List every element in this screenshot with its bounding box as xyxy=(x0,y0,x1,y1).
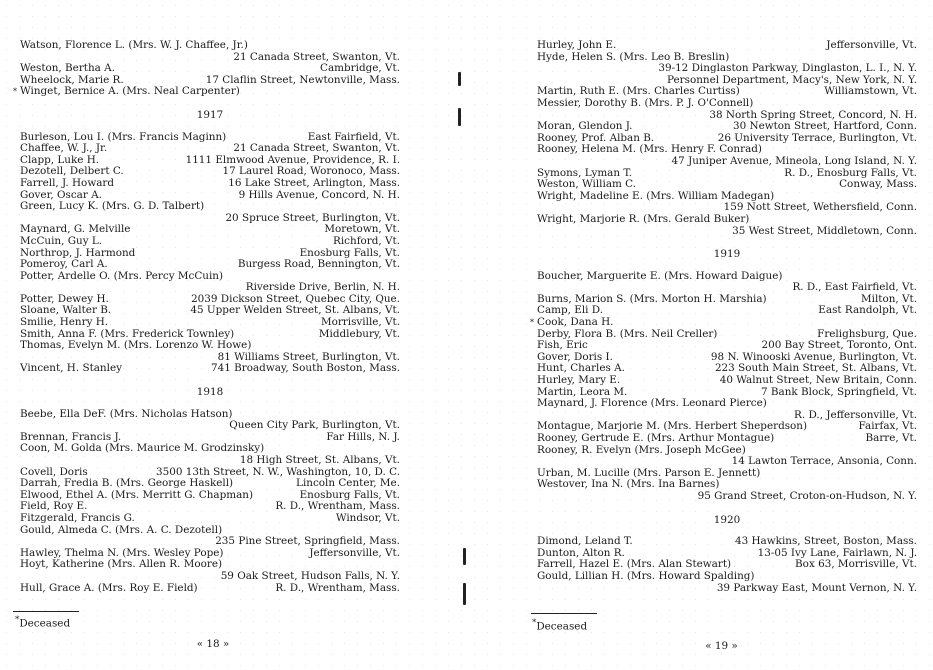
entry-name: Hoyt, Katherine (Mrs. Allen R. Moore) xyxy=(20,559,222,571)
entry-name-text: Rooney, Gertrude E. (Mrs. Arthur Montagu… xyxy=(537,432,774,444)
footnote: *Deceased xyxy=(15,615,70,629)
entry-name-text: Dimond, Leland T. xyxy=(537,535,633,547)
entry-name: Beebe, Ella DeF. (Mrs. Nicholas Hatson) xyxy=(20,409,232,421)
class-year-heading: 1920 xyxy=(537,515,917,527)
entry-name-text: Brennan, Francis J. xyxy=(20,431,121,443)
entry-name-text: Green, Lucy K. (Mrs. G. D. Talbert) xyxy=(20,200,204,212)
entry-name-text: Darrah, Fredia B. (Mrs. George Haskell) xyxy=(20,477,233,489)
entry-address: Richford, Vt. xyxy=(333,236,400,248)
entry-name: Rooney, R. Evelyn (Mrs. Joseph McGee) xyxy=(537,445,746,457)
entry-address: 18 High Street, St. Albans, Vt. xyxy=(240,455,400,467)
directory-entry: Gould, Lillian H. (Mrs. Howard Spalding) xyxy=(537,571,917,583)
entry-address: 59 Oak Street, Hudson Falls, N. Y. xyxy=(221,571,400,583)
entry-name-text: Cook, Dana H. xyxy=(537,316,613,328)
left-page-directory: Watson, Florence L. (Mrs. W. J. Chaffee,… xyxy=(20,40,400,594)
entry-name-text: Dezotell, Delbert C. xyxy=(20,165,124,177)
entry-name: *Winget, Bernice A. (Mrs. Neal Carpenter… xyxy=(20,86,240,98)
entry-name-text: Gould, Lillian H. (Mrs. Howard Spalding) xyxy=(537,570,754,582)
entry-address: 39 Parkway East, Mount Vernon, N. Y. xyxy=(717,583,917,595)
entry-name-text: Hull, Grace A. (Mrs. Roy E. Field) xyxy=(20,582,198,594)
entry-name-text: Thomas, Evelyn M. (Mrs. Lorenzo W. Howe) xyxy=(20,339,251,351)
entry-name: Green, Lucy K. (Mrs. G. D. Talbert) xyxy=(20,201,204,213)
entry-name-text: Watson, Florence L. (Mrs. W. J. Chaffee,… xyxy=(20,39,248,51)
directory-entry: Green, Lucy K. (Mrs. G. D. Talbert) xyxy=(20,201,400,213)
entry-name-text: Clapp, Luke H. xyxy=(20,154,99,166)
entry-name-text: Smilie, Henry H. xyxy=(20,316,108,328)
entry-name-text: Weston, William C. xyxy=(537,178,636,190)
entry-name: Potter, Ardelle O. (Mrs. Percy McCuin) xyxy=(20,271,223,283)
entry-name: Gould, Lillian H. (Mrs. Howard Spalding) xyxy=(537,571,754,583)
directory-entry-address-line: 35 West Street, Middletown, Conn. xyxy=(537,226,917,238)
entry-name-text: Weston, Bertha A. xyxy=(20,62,115,74)
entry-name-text: Camp, Eli D. xyxy=(537,304,603,316)
entry-name-text: Wright, Marjorie R. (Mrs. Gerald Buker) xyxy=(537,213,749,225)
entry-name-text: Hyde, Helen S. (Mrs. Leo B. Breslin) xyxy=(537,51,729,63)
entry-name-text: Martin, Leora M. xyxy=(537,386,627,398)
entry-address: 16 Lake Street, Arlington, Mass. xyxy=(228,178,400,190)
page-number: « 19 » xyxy=(515,640,928,652)
directory-entry-address-line: 39 Parkway East, Mount Vernon, N. Y. xyxy=(537,583,917,595)
entry-name: Coon, M. Golda (Mrs. Maurice M. Grodzins… xyxy=(20,443,264,455)
entry-name: Messier, Dorothy B. (Mrs. P. J. O'Connel… xyxy=(537,98,753,110)
entry-address: R. D., Wrentham, Mass. xyxy=(275,583,400,595)
entry-name-text: Northrop, J. Harmond xyxy=(20,247,135,259)
entry-name-text: McCuin, Guy L. xyxy=(20,235,102,247)
entry-name-text: Fitzgerald, Francis G. xyxy=(20,512,135,524)
entry-name-text: Field, Roy E. xyxy=(20,500,87,512)
entry-name-text: Sloane, Walter B. xyxy=(20,304,111,316)
entry-name-text: Rooney, Helena M. (Mrs. Henry F. Conrad) xyxy=(537,143,762,155)
entry-name-text: Urban, M. Lucille (Mrs. Parson E. Jennet… xyxy=(537,467,760,479)
entry-name: Maynard, J. Florence (Mrs. Leonard Pierc… xyxy=(537,398,767,410)
entry-name-text: Elwood, Ethel A. (Mrs. Merritt G. Chapma… xyxy=(20,489,253,501)
entry-address: 95 Grand Street, Croton-on-Hudson, N. Y. xyxy=(698,491,917,503)
entry-name-text: Symons, Lyman T. xyxy=(537,167,632,179)
entry-name-text: Gould, Almeda C. (Mrs. A. C. Dezotell) xyxy=(20,524,222,536)
right-page-directory: Hurley, John E.Jeffersonville, Vt.Hyde, … xyxy=(537,40,917,594)
directory-entry: Watson, Florence L. (Mrs. W. J. Chaffee,… xyxy=(20,40,400,52)
entry-address: 159 Nott Street, Wethersfield, Conn. xyxy=(724,202,917,214)
class-year-heading: 1919 xyxy=(537,249,917,261)
entry-name-text: Rooney, R. Evelyn (Mrs. Joseph McGee) xyxy=(537,444,746,456)
entry-name-text: Moran, Glendon J. xyxy=(537,120,632,132)
entry-name: Wright, Marjorie R. (Mrs. Gerald Buker) xyxy=(537,214,749,226)
binding-mark xyxy=(463,548,466,565)
footnote-text: Deceased xyxy=(536,620,587,632)
entry-address: Jeffersonville, Vt. xyxy=(309,548,400,560)
entry-name-text: Fish, Eric xyxy=(537,339,588,351)
entry-name: Westover, Ina N. (Mrs. Ina Barnes) xyxy=(537,479,719,491)
entry-name: Vincent, H. Stanley xyxy=(20,363,122,375)
entry-address: 9 Hills Avenue, Concord, N. H. xyxy=(239,190,400,202)
right-page: Hurley, John E.Jeffersonville, Vt.Hyde, … xyxy=(520,0,933,670)
entry-address: 35 West Street, Middletown, Conn. xyxy=(732,226,917,238)
entry-name-text: Maynard, G. Melville xyxy=(20,223,130,235)
entry-name-text: Wright, Madeline E. (Mrs. William Madega… xyxy=(537,190,774,202)
entry-name: Watson, Florence L. (Mrs. W. J. Chaffee,… xyxy=(20,40,248,52)
entry-address: 21 Canada Street, Swanton, Vt. xyxy=(233,143,400,155)
binding-mark xyxy=(458,108,461,126)
directory-entry: Messier, Dorothy B. (Mrs. P. J. O'Connel… xyxy=(537,98,917,110)
entry-address: Middlebury, Vt. xyxy=(319,329,400,341)
entry-name-text: Potter, Dewey H. xyxy=(20,293,109,305)
entry-name: Gould, Almeda C. (Mrs. A. C. Dezotell) xyxy=(20,525,222,537)
entry-name: Thomas, Evelyn M. (Mrs. Lorenzo W. Howe) xyxy=(20,340,251,352)
directory-entry: *Winget, Bernice A. (Mrs. Neal Carpenter… xyxy=(20,86,400,98)
entry-address: 7 Bank Block, Springfield, Vt. xyxy=(761,387,917,399)
entry-name-text: Hurley, Mary E. xyxy=(537,374,620,386)
entry-name-text: Winget, Bernice A. (Mrs. Neal Carpenter) xyxy=(20,85,240,97)
entry-name-text: Hawley, Thelma N. (Mrs. Wesley Pope) xyxy=(20,547,223,559)
entry-name-text: Smith, Anna F. (Mrs. Frederick Townley) xyxy=(20,328,234,340)
entry-name-text: Vincent, H. Stanley xyxy=(20,362,122,374)
entry-address: Jeffersonville, Vt. xyxy=(826,40,917,52)
entry-name-text: Rooney, Prof. Alban B. xyxy=(537,132,654,144)
entry-name-text: Farrell, J. Howard xyxy=(20,177,114,189)
entry-name-text: Boucher, Marguerite E. (Mrs. Howard Daig… xyxy=(537,270,782,282)
entry-address: 43 Hawkins, Street, Boston, Mass. xyxy=(735,536,917,548)
entry-name-text: Burns, Marion S. (Mrs. Morton H. Marshia… xyxy=(537,293,767,305)
footnote-rule xyxy=(13,611,79,612)
entry-name-text: Dunton, Alton R. xyxy=(537,547,625,559)
entry-name-text: Montague, Marjorie M. (Mrs. Herbert Shep… xyxy=(537,420,807,432)
entry-address: 30 Newton Street, Hartford, Conn. xyxy=(733,121,917,133)
directory-entry: Hull, Grace A. (Mrs. Roy E. Field)R. D.,… xyxy=(20,583,400,595)
class-year-heading: 1918 xyxy=(20,387,400,399)
entry-address: Burgess Road, Bennington, Vt. xyxy=(238,259,400,271)
entry-name-text: Westover, Ina N. (Mrs. Ina Barnes) xyxy=(537,478,719,490)
entry-name-text: Coon, M. Golda (Mrs. Maurice M. Grodzins… xyxy=(20,442,264,454)
entry-address: Windsor, Vt. xyxy=(336,513,400,525)
entry-name-text: Farrell, Hazel E. (Mrs. Alan Stewart) xyxy=(537,558,731,570)
entry-name-text: Hoyt, Katherine (Mrs. Allen R. Moore) xyxy=(20,558,222,570)
left-page: Watson, Florence L. (Mrs. W. J. Chaffee,… xyxy=(0,0,466,670)
entry-address: 47 Juniper Avenue, Mineola, Long Island,… xyxy=(672,156,917,168)
entry-name-text: Maynard, J. Florence (Mrs. Leonard Pierc… xyxy=(537,397,767,409)
entry-address: 235 Pine Street, Springfield, Mass. xyxy=(215,536,400,548)
entry-name-text: Beebe, Ella DeF. (Mrs. Nicholas Hatson) xyxy=(20,408,232,420)
entry-name-text: Gover, Oscar A. xyxy=(20,189,102,201)
class-year-heading: 1917 xyxy=(20,110,400,122)
entry-address: Far Hills, N. J. xyxy=(326,432,400,444)
footnote: *Deceased xyxy=(532,618,587,632)
entry-address: Box 63, Morrisville, Vt. xyxy=(795,559,917,571)
entry-name-text: Messier, Dorothy B. (Mrs. P. J. O'Connel… xyxy=(537,97,753,109)
entry-address: Williamstown, Vt. xyxy=(824,86,917,98)
entry-address: Morrisville, Vt. xyxy=(321,317,400,329)
deceased-marker: * xyxy=(13,86,17,98)
entry-name: Boucher, Marguerite E. (Mrs. Howard Daig… xyxy=(537,271,782,283)
entry-name-text: Covell, Doris xyxy=(20,466,88,478)
directory-entry-address-line: 95 Grand Street, Croton-on-Hudson, N. Y. xyxy=(537,491,917,503)
binding-mark xyxy=(458,72,461,86)
directory-entry: Vincent, H. Stanley741 Broadway, South B… xyxy=(20,363,400,375)
binding-mark xyxy=(463,583,466,605)
footnote-text: Deceased xyxy=(19,617,70,629)
entry-name-text: Martin, Ruth E. (Mrs. Charles Curtiss) xyxy=(537,85,740,97)
entry-name-text: Chaffee, W. J., Jr. xyxy=(20,142,107,154)
entry-name-text: Hunt, Charles A. xyxy=(537,362,625,374)
entry-name: Hull, Grace A. (Mrs. Roy E. Field) xyxy=(20,583,198,595)
entry-address: East Randolph, Vt. xyxy=(818,305,917,317)
entry-name-text: Wheelock, Marie R. xyxy=(20,74,124,86)
entry-address: 741 Broadway, South Boston, Mass. xyxy=(211,363,400,375)
entry-address: 40 Walnut Street, New Britain, Conn. xyxy=(720,375,917,387)
directory-entry: Wright, Marjorie R. (Mrs. Gerald Buker) xyxy=(537,214,917,226)
entry-name-text: Potter, Ardelle O. (Mrs. Percy McCuin) xyxy=(20,270,223,282)
entry-address: Conway, Mass. xyxy=(839,179,917,191)
footnote-rule xyxy=(531,613,597,614)
entry-name-text: Pomeroy, Carl A. xyxy=(20,258,108,270)
entry-name-text: Gover, Doris I. xyxy=(537,351,613,363)
entry-name-text: Derby, Flora B. (Mrs. Neil Creller) xyxy=(537,328,717,340)
page-number: « 18 » xyxy=(0,638,446,650)
entry-name-text: Hurley, John E. xyxy=(537,39,616,51)
deceased-marker: * xyxy=(530,317,534,329)
entry-address: Barre, Vt. xyxy=(865,433,917,445)
entry-name-text: Burleson, Lou I. (Mrs. Francis Maginn) xyxy=(20,131,226,143)
